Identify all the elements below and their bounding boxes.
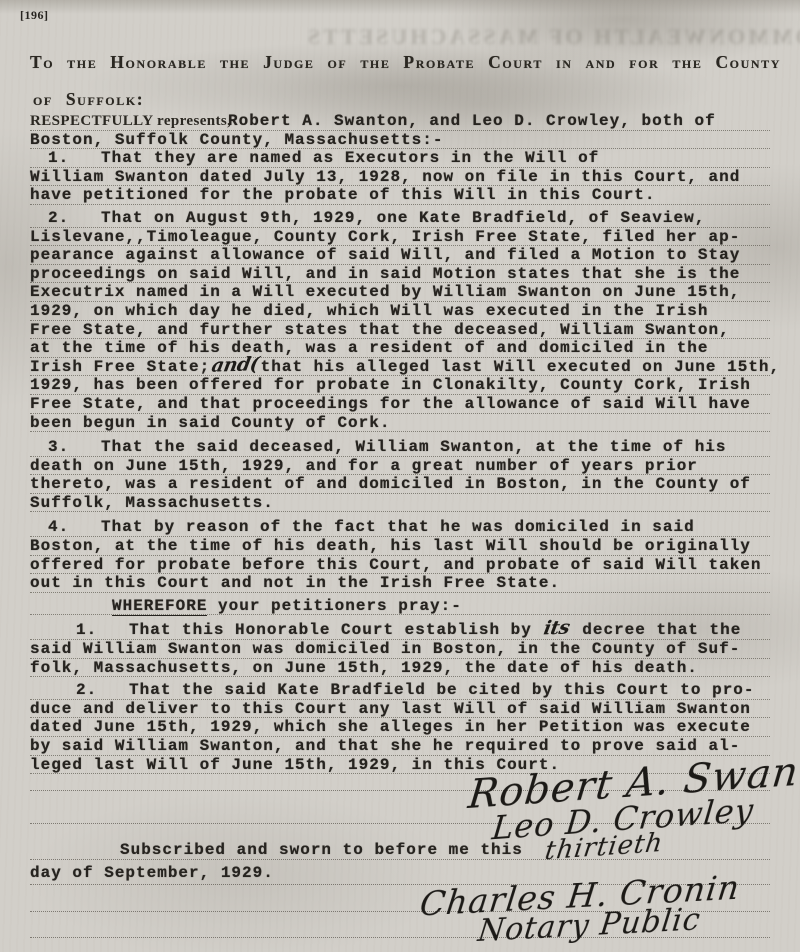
document-line: Free State, and that proceedings for the… bbox=[30, 395, 770, 414]
salutation-line-2: of Suffolk: bbox=[33, 89, 144, 110]
printed-respectfully-label: RESPECTFULLY represents, bbox=[30, 112, 228, 130]
document-line: Boston, at the time of his death, his la… bbox=[30, 537, 770, 556]
document-line: proceedings on said Will, and in said Mo… bbox=[30, 265, 770, 284]
document-line: Executrix named in a Will executed by Wi… bbox=[30, 283, 770, 302]
document-line: have petitioned for the probate of this … bbox=[30, 186, 770, 205]
document-line: 1929, has been offered for probate in Cl… bbox=[30, 376, 770, 395]
document-line: at the time of his death, was a resident… bbox=[30, 339, 770, 358]
petition-body: RESPECTFULLY represents,Robert A. Swanto… bbox=[30, 112, 770, 774]
document-line: said William Swanton was domiciled in Bo… bbox=[30, 640, 770, 659]
typed-petitioners-names: Robert A. Swanton, and Leo D. Crowley, b… bbox=[228, 112, 716, 130]
document-line: by said William Swanton, and that she he… bbox=[30, 737, 770, 756]
document-line: dated June 15th, 1929, which she alleges… bbox=[30, 718, 770, 737]
document-line: 1929, on which day he died, which Will w… bbox=[30, 302, 770, 321]
typed-segment: Irish Free State; bbox=[30, 358, 210, 376]
document-line: William Swanton dated July 13, 1928, now… bbox=[30, 168, 770, 187]
handwritten-insertion: and( bbox=[211, 358, 260, 372]
document-line: out in this Court and not in the Irish F… bbox=[30, 574, 770, 593]
salutation-line-1: To the Honorable the Judge of the Probat… bbox=[30, 52, 781, 73]
typed-segment: that his alleged last Will executed on J… bbox=[261, 358, 780, 376]
handwritten-insertion: its bbox=[543, 622, 571, 635]
page-number: [196] bbox=[20, 8, 49, 23]
typed-segment: 1. That this Honorable Court establish b… bbox=[76, 621, 542, 639]
document-line: pearance against allowance of said Will,… bbox=[30, 246, 770, 265]
wherefore-line: WHEREFORE your petitioners pray:- bbox=[30, 597, 770, 616]
document-line: death on June 15th, 1929, and for a grea… bbox=[30, 457, 770, 476]
dotted-rule bbox=[30, 859, 770, 860]
document-line: thereto, was a resident of and domiciled… bbox=[30, 475, 770, 494]
typed-segment: decree that the bbox=[572, 621, 742, 639]
date-line: day of September, 1929. bbox=[30, 864, 274, 882]
jurat-line: Subscribed and sworn to before me this bbox=[120, 841, 523, 859]
document-line: 2. That on August 9th, 1929, one Kate Br… bbox=[30, 209, 770, 228]
document-line: Free State, and further states that the … bbox=[30, 321, 770, 340]
wherefore-word: WHEREFORE bbox=[112, 597, 207, 616]
document-line: Lislevane,,Timoleague, County Cork, Iris… bbox=[30, 228, 770, 247]
document-line: 4. That by reason of the fact that he wa… bbox=[30, 518, 770, 537]
document-line: offered for probate before this Court, a… bbox=[30, 556, 770, 575]
typed-segment: your petitioners pray:- bbox=[207, 597, 461, 615]
document-line: 2. That the said Kate Bradfield be cited… bbox=[30, 681, 770, 700]
document-line: been begun in said County of Cork. bbox=[30, 414, 770, 433]
document-page: [196] COMMONWEALTH OF MASSACHUSETTS To t… bbox=[0, 0, 800, 952]
document-line: 1. That this Honorable Court establish b… bbox=[30, 621, 770, 640]
bleedthrough-ghost-text: COMMONWEALTH OF MASSACHUSETTS bbox=[305, 24, 800, 50]
document-line: Irish Free State;and(that his alleged la… bbox=[30, 358, 770, 377]
document-line: RESPECTFULLY represents,Robert A. Swanto… bbox=[30, 112, 770, 131]
document-line: duce and deliver to this Court any last … bbox=[30, 700, 770, 719]
document-line: 1. That they are named as Executors in t… bbox=[30, 149, 770, 168]
document-line: 3. That the said deceased, William Swant… bbox=[30, 438, 770, 457]
document-line: Boston, Suffolk County, Massachusetts:- bbox=[30, 131, 770, 150]
document-line: folk, Massachusetts, on June 15th, 1929,… bbox=[30, 659, 770, 678]
document-line: Suffolk, Massachusetts. bbox=[30, 494, 770, 513]
